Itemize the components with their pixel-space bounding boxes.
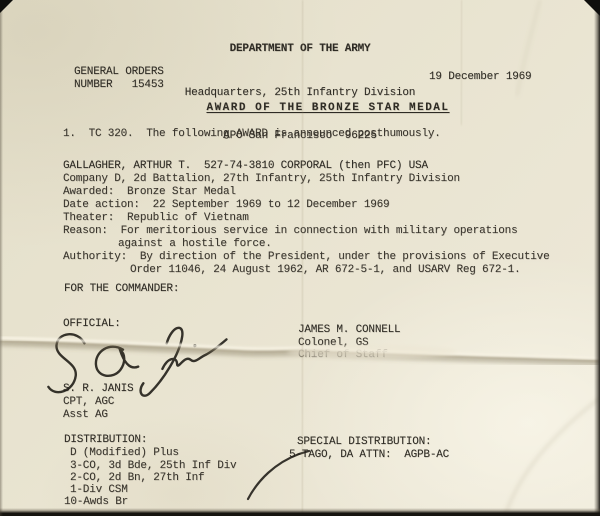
signer-title: Chief of Staff	[298, 349, 388, 362]
signer-name: JAMES M. CONNELL	[298, 324, 400, 337]
authority-line-2: Order 11046, 24 August 1962, AR 672-5-1,…	[130, 264, 520, 277]
order-date: 19 December 1969	[429, 71, 531, 84]
letterhead: DEPARTMENT OF THE ARMY Headquarters, 25t…	[0, 13, 600, 173]
theater-line: Theater: Republic of Vietnam	[63, 212, 249, 225]
for-the-commander: FOR THE COMMANDER:	[64, 283, 179, 296]
scanned-document-page: DEPARTMENT OF THE ARMY Headquarters, 25t…	[0, 0, 600, 516]
reason-line-1: Reason: For meritorious service in conne…	[63, 225, 517, 238]
recipient-unit-line: Company D, 2d Battalion, 27th Infantry, …	[63, 173, 460, 186]
general-orders-label: GENERAL ORDERS	[74, 66, 164, 79]
scan-edge-right	[594, 0, 600, 516]
reason-line-2: against a hostile force.	[118, 238, 272, 251]
special-distribution-label: SPECIAL DISTRIBUTION:	[297, 436, 431, 449]
awarded-line: Awarded: Bronze Star Medal	[63, 186, 236, 199]
official-rank: CPT, AGC	[63, 396, 114, 409]
official-title: Asst AG	[63, 409, 108, 422]
official-name: S. R. JANIS	[63, 383, 133, 396]
orders-number: NUMBER 15453	[74, 79, 164, 92]
scan-corner-top-left	[0, 0, 13, 13]
scan-edge-left	[0, 0, 3, 516]
special-distribution-item: 5-TAGO, DA ATTN: AGPB-AC	[289, 449, 449, 462]
agency-name: DEPARTMENT OF THE ARMY	[0, 42, 600, 57]
document-title: AWARD OF THE BRONZE STAR MEDAL	[206, 102, 449, 115]
intro-paragraph: 1. TC 320. The following AWARD is announ…	[63, 128, 441, 141]
distribution-item: D (Modified) Plus	[70, 447, 179, 460]
scan-edge-bottom	[0, 508, 600, 516]
scan-corner-top-right	[584, 0, 600, 16]
authority-line-1: Authority: By direction of the President…	[63, 251, 549, 264]
date-action-line: Date action: 22 September 1969 to 12 Dec…	[63, 199, 389, 212]
recipient-name-line: GALLAGHER, ARTHUR T. 527-74-3810 CORPORA…	[63, 160, 428, 173]
distribution-label: DISTRIBUTION:	[64, 434, 147, 447]
official-label: OFFICIAL:	[63, 318, 121, 331]
